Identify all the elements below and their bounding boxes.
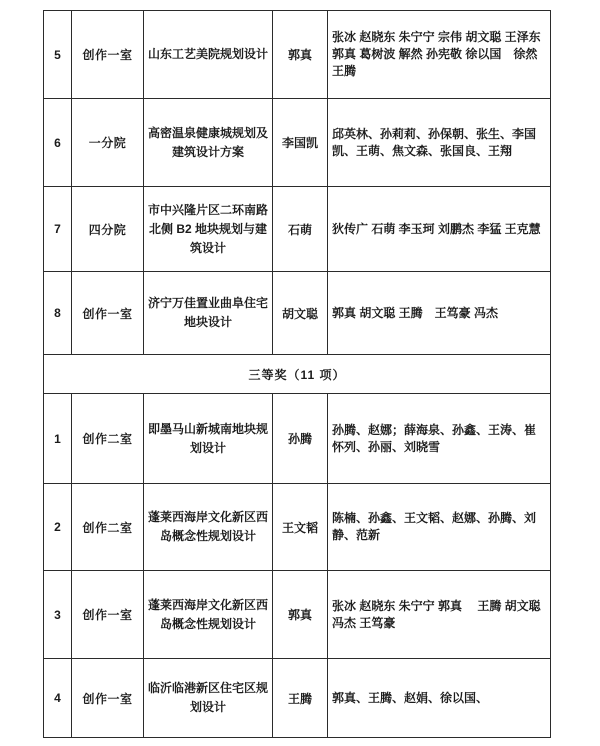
department-cell: 创作一室 [72, 11, 144, 99]
department-cell: 创作一室 [72, 272, 144, 355]
leader-cell: 王腾 [273, 659, 328, 738]
members-cell: 郭真、王腾、赵娟、徐以国、 [328, 659, 551, 738]
department-cell: 创作一室 [72, 571, 144, 659]
leader-cell: 胡文聪 [273, 272, 328, 355]
leader-cell: 郭真 [273, 11, 328, 99]
leader-cell: 孙腾 [273, 394, 328, 484]
table-row: 3 创作一室 蓬莱西海岸文化新区西岛概念性规划设计 郭真 张冰 赵晓东 朱宁宁 … [44, 571, 551, 659]
section-header-row: 三等奖（11 项） [44, 355, 551, 394]
members-cell: 邱英林、孙莉莉、孙保朝、张生、李国凯、王萌、焦文森、张国良、王翔 [328, 99, 551, 187]
department-cell: 创作一室 [72, 659, 144, 738]
project-cell: 济宁万佳置业曲阜住宅地块设计 [144, 272, 273, 355]
table-row: 7 四分院 市中兴隆片区二环南路北侧 B2 地块规划与建筑设计 石萌 狄传广 石… [44, 187, 551, 272]
leader-cell: 王文韬 [273, 484, 328, 571]
table-row: 6 一分院 高密温泉健康城规划及建筑设计方案 李国凯 邱英林、孙莉莉、孙保朝、张… [44, 99, 551, 187]
row-number-cell: 2 [44, 484, 72, 571]
awards-table: 5 创作一室 山东工艺美院规划设计 郭真 张冰 赵晓东 朱宁宁 宗伟 胡文聪 王… [43, 10, 551, 738]
row-number-cell: 7 [44, 187, 72, 272]
members-cell: 张冰 赵晓东 朱宁宁 宗伟 胡文聪 王泽东 郭真 葛树波 解然 孙宪敬 徐以国 … [328, 11, 551, 99]
project-cell: 山东工艺美院规划设计 [144, 11, 273, 99]
members-cell: 张冰 赵晓东 朱宁宁 郭真 王腾 胡文聪 冯杰 王笃豪 [328, 571, 551, 659]
table-row: 5 创作一室 山东工艺美院规划设计 郭真 张冰 赵晓东 朱宁宁 宗伟 胡文聪 王… [44, 11, 551, 99]
row-number-cell: 1 [44, 394, 72, 484]
project-cell: 高密温泉健康城规划及建筑设计方案 [144, 99, 273, 187]
row-number-cell: 5 [44, 11, 72, 99]
department-cell: 一分院 [72, 99, 144, 187]
department-cell: 创作二室 [72, 484, 144, 571]
project-cell: 市中兴隆片区二环南路北侧 B2 地块规划与建筑设计 [144, 187, 273, 272]
members-cell: 郭真 胡文聪 王腾 王笃豪 冯杰 [328, 272, 551, 355]
row-number-cell: 3 [44, 571, 72, 659]
table-row: 8 创作一室 济宁万佳置业曲阜住宅地块设计 胡文聪 郭真 胡文聪 王腾 王笃豪 … [44, 272, 551, 355]
table-row: 1 创作二室 即墨马山新城南地块规划设计 孙腾 孙腾、赵娜；薛海泉、孙鑫、王涛、… [44, 394, 551, 484]
leader-cell: 李国凯 [273, 99, 328, 187]
row-number-cell: 4 [44, 659, 72, 738]
project-cell: 蓬莱西海岸文化新区西岛概念性规划设计 [144, 484, 273, 571]
department-cell: 四分院 [72, 187, 144, 272]
document-page: 5 创作一室 山东工艺美院规划设计 郭真 张冰 赵晓东 朱宁宁 宗伟 胡文聪 王… [0, 0, 600, 746]
row-number-cell: 6 [44, 99, 72, 187]
table-row: 4 创作一室 临沂临港新区住宅区规划设计 王腾 郭真、王腾、赵娟、徐以国、 [44, 659, 551, 738]
project-cell: 即墨马山新城南地块规划设计 [144, 394, 273, 484]
members-cell: 陈楠、孙鑫、王文韬、赵娜、孙腾、刘静、范新 [328, 484, 551, 571]
project-cell: 蓬莱西海岸文化新区西岛概念性规划设计 [144, 571, 273, 659]
section-header-cell: 三等奖（11 项） [44, 355, 551, 394]
row-number-cell: 8 [44, 272, 72, 355]
table-row: 2 创作二室 蓬莱西海岸文化新区西岛概念性规划设计 王文韬 陈楠、孙鑫、王文韬、… [44, 484, 551, 571]
members-cell: 狄传广 石萌 李玉珂 刘鹏杰 李猛 王克慧 [328, 187, 551, 272]
project-cell: 临沂临港新区住宅区规划设计 [144, 659, 273, 738]
leader-cell: 郭真 [273, 571, 328, 659]
leader-cell: 石萌 [273, 187, 328, 272]
department-cell: 创作二室 [72, 394, 144, 484]
members-cell: 孙腾、赵娜；薛海泉、孙鑫、王涛、崔怀列、孙丽、刘晓雪 [328, 394, 551, 484]
